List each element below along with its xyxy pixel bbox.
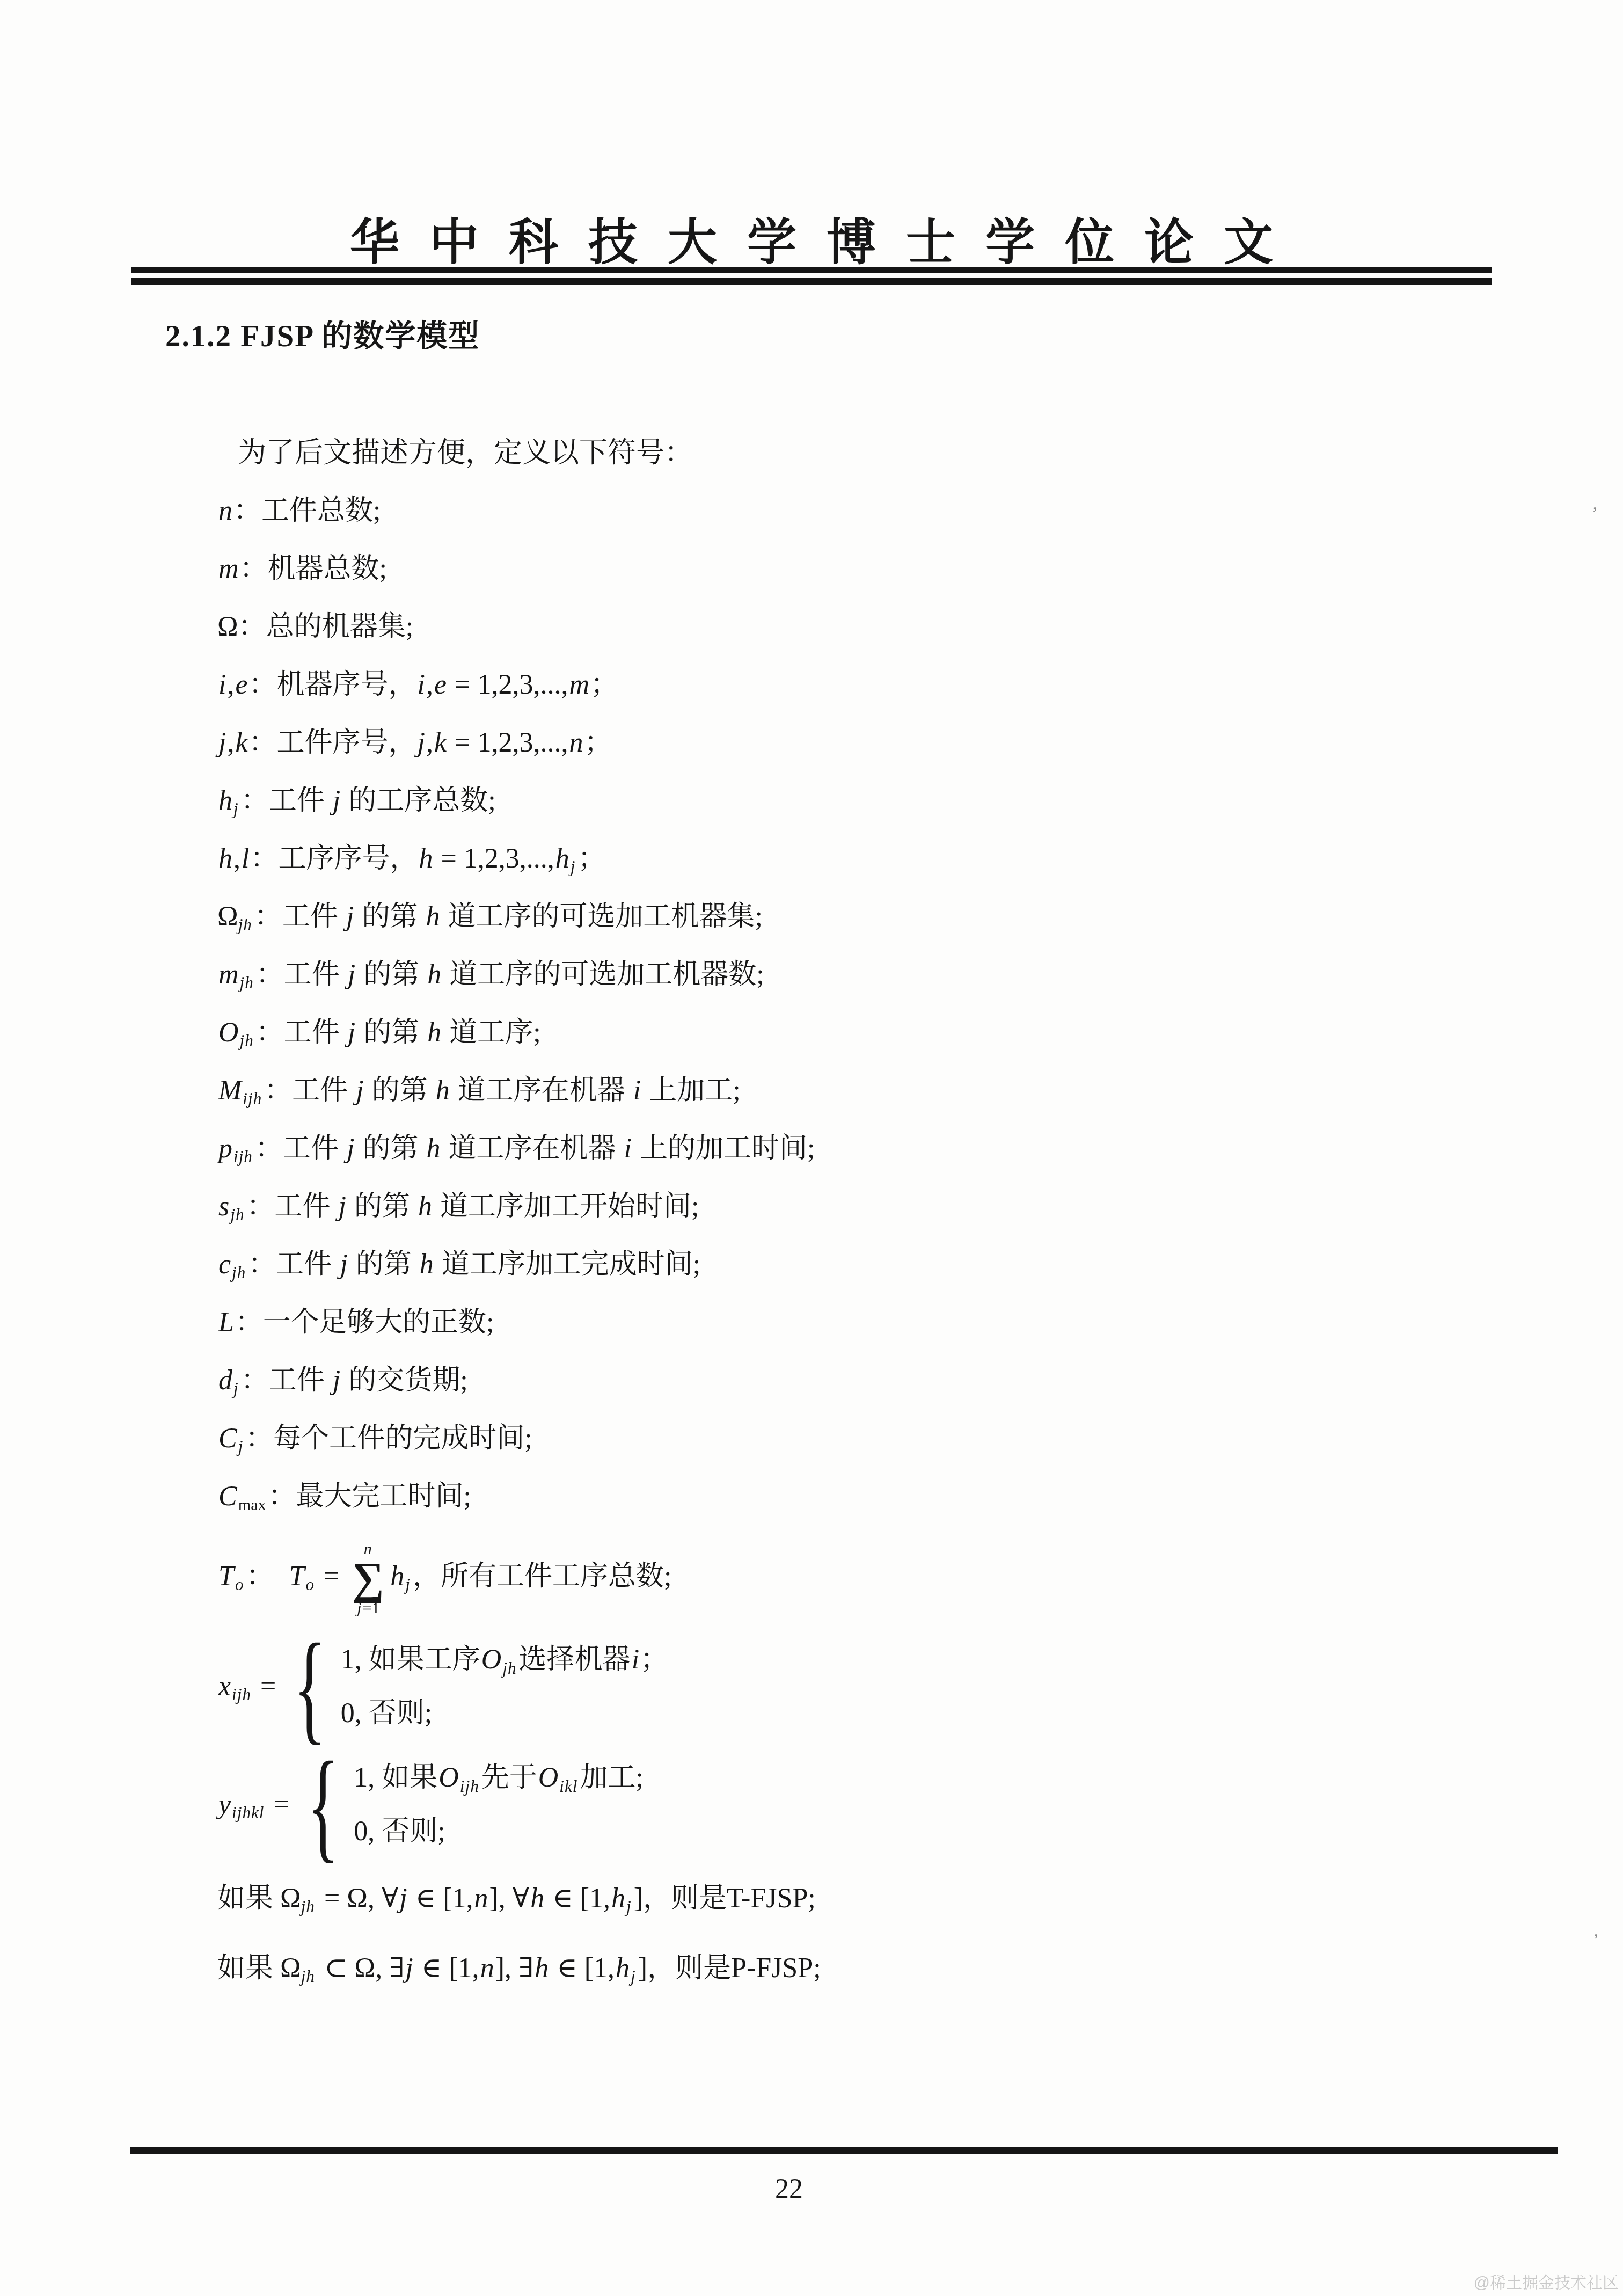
page-number: 22 <box>0 2173 1578 2205</box>
scan-artifact: ’ <box>1592 504 1598 524</box>
definition-line: j,k：工件序号，j,k = 1,2,3,...,n； <box>217 714 1516 772</box>
definition-line: To： To = n∑j=1hj，所有工件工序总数; <box>217 1526 1516 1628</box>
definition-line: h,l：工序序号，h = 1,2,3,...,hj； <box>217 830 1516 888</box>
watermark: @稀土掘金技术社区 <box>1474 2269 1619 2293</box>
definition-line: yijhkl ={1, 如果Oijh先于Oikl加工;0, 否则; <box>217 1746 1516 1864</box>
definition-line: Ω：总的机器集; <box>217 598 1516 656</box>
left-brace: { <box>307 1750 340 1861</box>
definition-line: i,e：机器序号，i,e = 1,2,3,...,m； <box>217 656 1516 714</box>
definition-line: dj：工件 j 的交货期; <box>217 1352 1516 1410</box>
definition-line: 如果 Ωjh ⊂ Ω, ∃j ∈ [1,n], ∃h ∈ [1,hj]，则是P-… <box>217 1934 1516 2003</box>
intro-paragraph: 为了后文描述方便，定义以下符号： <box>217 424 1516 482</box>
definition-line: Ojh：工件 j 的第 h 道工序; <box>217 1004 1516 1062</box>
page-header-title: 华中科技大学博士学位论文 <box>0 203 1623 274</box>
case-row: 1, 如果Oijh先于Oikl加工; <box>354 1762 644 1794</box>
definition-line: sjh：工件 j 的第 h 道工序加工开始时间; <box>217 1178 1516 1236</box>
left-brace: { <box>294 1631 326 1743</box>
definition-line: pijh：工件 j 的第 h 道工序在机器 i 上的加工时间; <box>217 1120 1516 1178</box>
section-heading: 2.1.2 FJSP 的数学模型 <box>165 311 480 355</box>
definition-line: m：机器总数; <box>217 540 1516 598</box>
definition-line: Cmax：最大完工时间; <box>217 1468 1516 1526</box>
definition-line: hj：工件 j 的工序总数; <box>217 772 1516 830</box>
case-row: 0, 否则; <box>341 1697 668 1730</box>
definition-line: n：工件总数; <box>217 482 1516 540</box>
summation-symbol: n∑j=1 <box>352 1541 384 1616</box>
definition-line: Ωjh：工件 j 的第 h 道工序的可选加工机器集; <box>217 888 1516 946</box>
scan-artifact: ’ <box>1593 1930 1599 1951</box>
definition-line: mjh：工件 j 的第 h 道工序的可选加工机器数; <box>217 946 1516 1004</box>
thesis-page: 华中科技大学博士学位论文 2.1.2 FJSP 的数学模型 为了后文描述方便，定… <box>0 0 1623 2296</box>
case-row: 0, 否则; <box>354 1816 644 1848</box>
definition-line: L：一个足够大的正数; <box>217 1294 1516 1352</box>
definition-line: Cj：每个工件的完成时间; <box>217 1410 1516 1468</box>
definition-line: xijh ={1, 如果工序Ojh选择机器i；0, 否则; <box>217 1628 1516 1746</box>
definition-line: cjh：工件 j 的第 h 道工序加工完成时间; <box>217 1236 1516 1294</box>
body-block: 为了后文描述方便，定义以下符号： n：工件总数;m：机器总数;Ω：总的机器集;i… <box>217 424 1516 2003</box>
definition-list: n：工件总数;m：机器总数;Ω：总的机器集;i,e：机器序号，i,e = 1,2… <box>217 482 1516 2003</box>
definition-line: 如果 Ωjh = Ω, ∀j ∈ [1,n], ∀h ∈ [1,hj]，则是T-… <box>217 1864 1516 1934</box>
case-row: 1, 如果工序Ojh选择机器i； <box>341 1644 668 1676</box>
definition-line: Mijh：工件 j 的第 h 道工序在机器 i 上加工; <box>217 1062 1516 1120</box>
header-double-rule <box>131 267 1492 285</box>
footer-rule <box>130 2147 1558 2154</box>
